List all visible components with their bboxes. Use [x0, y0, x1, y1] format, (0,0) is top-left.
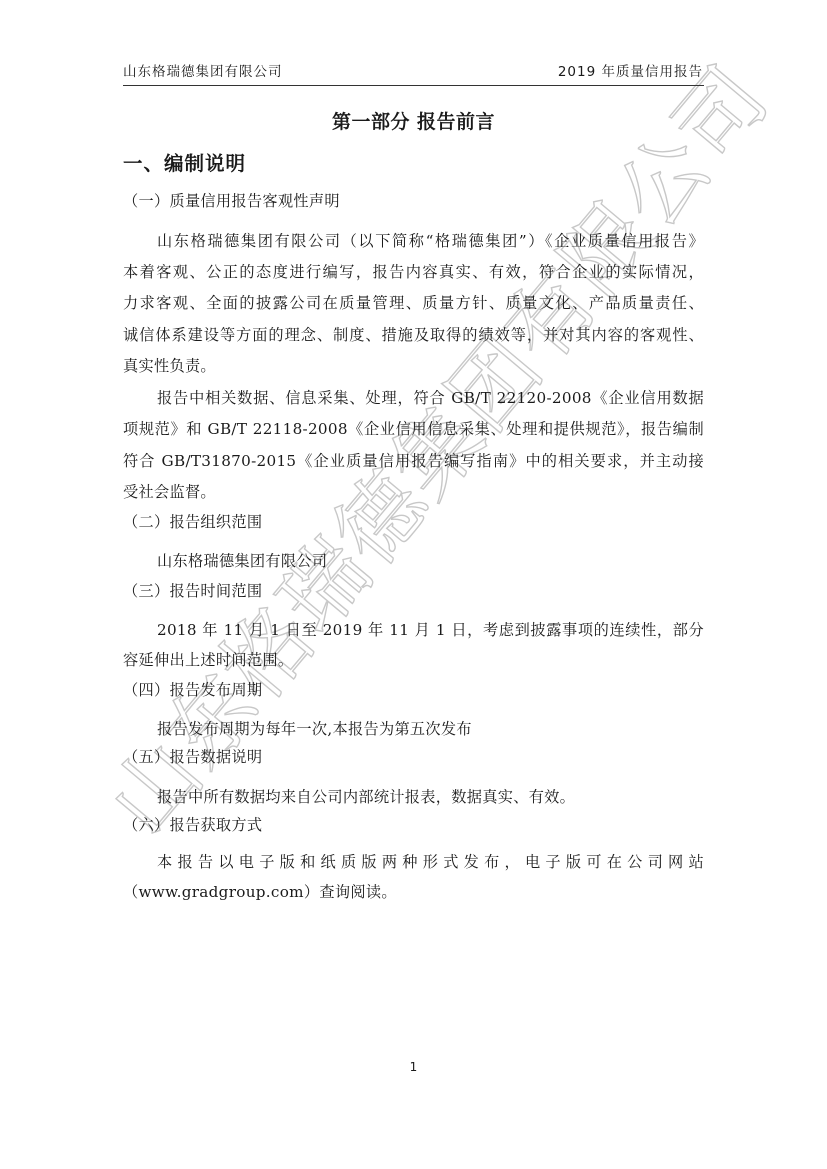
paragraph-line: 2018 年 11 月 1 日至 2019 年 11 月 1 日，考虑到披露事项…	[157, 619, 704, 641]
paragraph-line: 报告发布周期为每年一次,本报告为第五次发布	[157, 718, 704, 740]
paragraph-line: 力求客观、全面的披露公司在质量管理、质量方针、质量文化、产品质量责任、	[123, 292, 704, 314]
header-divider	[123, 85, 704, 86]
paragraph-line: 受社会监督。	[123, 481, 704, 503]
paragraph-line: 山东格瑞德集团有限公司（以下简称“格瑞德集团”）《企业质量信用报告》	[157, 230, 704, 252]
subsection-heading-6: （六）报告获取方式	[123, 814, 262, 836]
subsection-heading-5: （五）报告数据说明	[123, 746, 262, 768]
paragraph-line: 项规范》和 GB/T 22118-2008《企业信用信息采集、处理和提供规范》，…	[123, 418, 704, 440]
header-company: 山东格瑞德集团有限公司	[123, 63, 283, 81]
paragraph-line-with-link: （www.gradgroup.com）查询阅读。	[123, 881, 704, 903]
part-title: 第一部分 报告前言	[0, 109, 827, 135]
paragraph-line: 报告中所有数据均来自公司内部统计报表，数据真实、有效。	[157, 786, 704, 808]
subsection-heading-4: （四）报告发布周期	[123, 679, 262, 701]
document-page: 山东格瑞德集团有限公司 山东格瑞德集团有限公司 2019 年质量信用报告 第一部…	[0, 0, 827, 1169]
subsection-heading-3: （三）报告时间范围	[123, 580, 262, 602]
section-heading: 一、编制说明	[123, 150, 246, 178]
header-report-title: 2019 年质量信用报告	[558, 63, 703, 81]
paragraph-line: 诚信体系建设等方面的理念、制度、措施及取得的绩效等，并对其内容的客观性、	[123, 324, 704, 346]
paragraph-line: 真实性负责。	[123, 355, 704, 377]
paragraph-line: 本着客观、公正的态度进行编写，报告内容真实、有效，符合企业的实际情况，	[123, 261, 704, 283]
paragraph-line: 报告中相关数据、信息采集、处理，符合 GB/T 22120-2008《企业信用数…	[157, 387, 704, 409]
subsection-heading-2: （二）报告组织范围	[123, 511, 262, 533]
paragraph-line: 容延伸出上述时间范围。	[123, 649, 704, 671]
page-number: 1	[0, 1058, 827, 1076]
paragraph-line: 本报告以电子版和纸质版两种形式发布，电子版可在公司网站	[157, 851, 704, 873]
subsection-heading-1: （一）质量信用报告客观性声明	[123, 190, 340, 212]
paragraph-line: 山东格瑞德集团有限公司	[157, 550, 704, 572]
paragraph-line: 符合 GB/T31870-2015《企业质量信用报告编写指南》中的相关要求，并主…	[123, 450, 704, 472]
